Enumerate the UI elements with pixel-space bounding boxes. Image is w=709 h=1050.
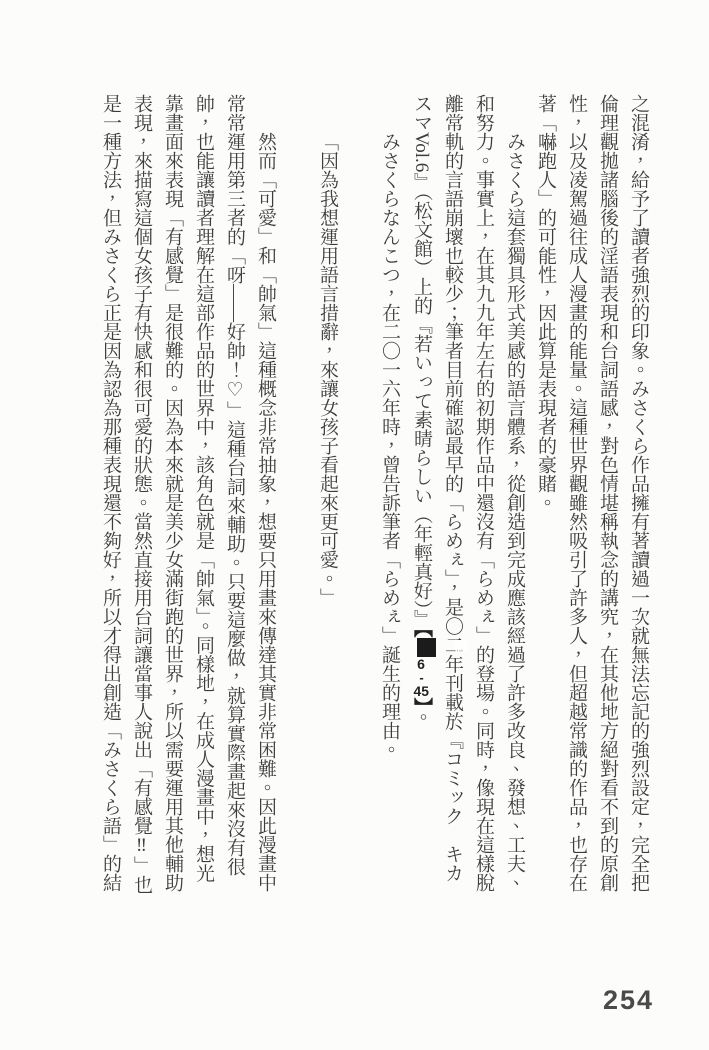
paragraph-1: 之混淆，給予了讀者強烈的印象。みさくら作品擁有著讀過一次就無法忘記的強烈設定，完… <box>530 94 654 894</box>
figure-number-minor: 45 <box>413 684 429 698</box>
figure-number-dash: - <box>414 671 429 684</box>
figure-box-label: 圖 <box>417 638 436 657</box>
book-page-scan: { "page": { "number": "254" }, "content"… <box>0 0 709 1050</box>
text-block: 之混淆，給予了讀者強烈的印象。みさくら作品擁有著讀過一次就無法忘記的強烈設定，完… <box>95 94 654 894</box>
figure-reference-6-45: 【圖6-45】 <box>411 628 432 707</box>
paragraph-5: 然而「可愛」和「帥氣」這種概念非常抽象，想要只用畫來傳達其實非常困難。因此漫畫中… <box>95 94 281 894</box>
paragraph-2-period: 。 <box>411 707 432 726</box>
figure-bracket-open: 【 <box>411 628 432 638</box>
quote-paragraph: 「因為我想運用語言措辭，來讓女孩子看起來更可愛。」 <box>312 94 343 894</box>
paragraph-2-text: みさくら這套獨具形式美感的語言體系，從創造到完成應該經過了許多改良、發想、工夫、… <box>411 94 525 892</box>
figure-number-major: 6 <box>413 657 429 671</box>
figure-bracket-close: 】 <box>411 698 432 708</box>
heart-symbol: ♡ <box>224 379 245 401</box>
page-number: 254 <box>603 985 654 1016</box>
page: 之混淆，給予了讀者強烈的印象。みさくら作品擁有著讀過一次就無法忘記的強烈設定，完… <box>0 0 709 1050</box>
paragraph-3: みさくらなんこつ，在二〇一六年時，曾告訴筆者「らめぇ」誕生的理由。 <box>374 94 405 894</box>
paragraph-2: みさくら這套獨具形式美感的語言體系，從創造到完成應該經過了許多改良、發想、工夫、… <box>405 94 530 894</box>
double-exclamation: ‼ <box>131 835 152 856</box>
